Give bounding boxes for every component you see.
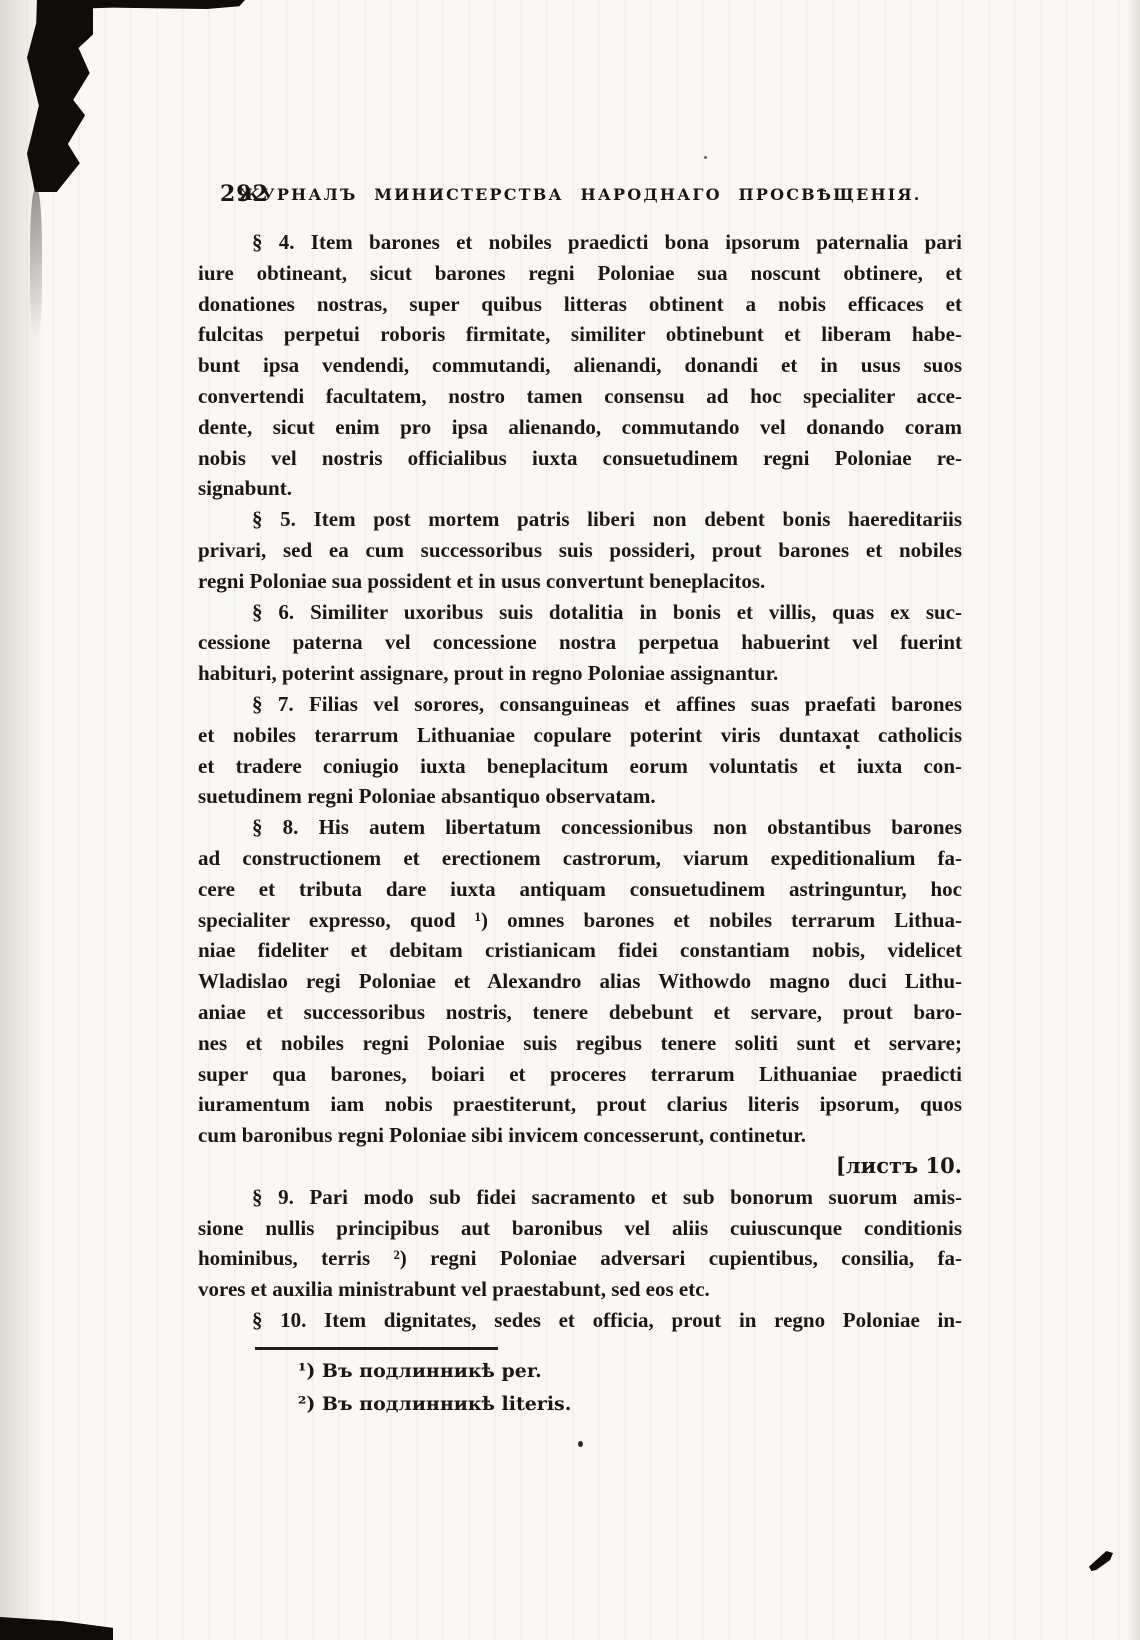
page-number: 292 — [220, 181, 269, 207]
scan-artifact-bottom-right — [1089, 1551, 1113, 1571]
paragraph-10: § 10. Item dignitates, sedes et officia,… — [198, 1305, 962, 1336]
text-line: et nobiles terarrum Lithuaniae copulare … — [198, 720, 962, 751]
text-line: convertendi facultatem, nostro tamen con… — [198, 381, 962, 412]
scan-edge-right — [1126, 0, 1140, 1640]
text-line: § 5. Item post mortem patris liberi non … — [198, 504, 962, 535]
paragraph-9: § 9. Pari modo sub fidei sacramento et s… — [198, 1182, 962, 1305]
text-line: signabunt. — [198, 473, 962, 504]
text-line: § 6. Similiter uxoribus suis dotalitia i… — [198, 597, 962, 628]
scan-speck — [578, 1441, 583, 1447]
text-line: § 9. Pari modo sub fidei sacramento et s… — [198, 1182, 962, 1213]
footnote-2: ²) Въ подлинникѣ literis. — [198, 1388, 962, 1421]
text-line: § 7. Filias vel sorores, consanguineas e… — [198, 689, 962, 720]
journal-title: ЖУРНАЛЪ МИНИСТЕРСТВА НАРОДНАГО ПРОСВѢЩЕН… — [198, 181, 962, 204]
text-line: Wladislao regi Poloniae et Alexandro ali… — [198, 966, 962, 997]
text-line: fulcitas perpetui roboris firmitate, sim… — [198, 319, 962, 350]
text-line: § 4. Item barones et nobiles praedicti b… — [198, 227, 962, 258]
text-line: aniae et successoribus nostris, tenere d… — [198, 997, 962, 1028]
text-line: suetudinem regni Poloniae absantiquo obs… — [198, 781, 962, 812]
text-line: § 8. His autem libertatum concessionibus… — [198, 812, 962, 843]
text-line: super qua barones, boiari et proceres te… — [198, 1059, 962, 1090]
text-line: cessione paterna vel concessione nostra … — [198, 627, 962, 658]
text-line: hominibus, terris ²) regni Poloniae adve… — [198, 1243, 962, 1274]
footnote-1: ¹) Въ подлинникѣ per. — [198, 1355, 962, 1388]
folio-marker: [листъ 10. — [198, 1151, 962, 1182]
text-line: specialiter expresso, quod ¹) omnes baro… — [198, 905, 962, 936]
scan-artifact-left-smear — [30, 190, 42, 340]
text-line: dente, sicut enim pro ipsa alienando, co… — [198, 412, 962, 443]
text-line: nes et nobiles regni Poloniae suis regib… — [198, 1028, 962, 1059]
text-line: iure obtineant, sicut barones regni Polo… — [198, 258, 962, 289]
text-line: habituri, poterint assignare, prout in r… — [198, 658, 962, 689]
paragraph-5: § 5. Item post mortem patris liberi non … — [198, 504, 962, 596]
paragraph-8: § 8. His autem libertatum concessionibus… — [198, 812, 962, 1151]
text-line: nobis vel nostris officialibus iuxta con… — [198, 443, 962, 474]
paragraph-7: § 7. Filias vel sorores, consanguineas e… — [198, 689, 962, 812]
text-line: privari, sed ea cum successoribus suis p… — [198, 535, 962, 566]
footnote-separator — [255, 1347, 498, 1350]
text-line: donationes nostras, super quibus littera… — [198, 289, 962, 320]
text-line: bunt ipsa vendendi, commutandi, alienand… — [198, 350, 962, 381]
text-line: iuramentum iam nobis praestiterunt, prou… — [198, 1089, 962, 1120]
text-line: niae fideliter et debitam cristianicam f… — [198, 935, 962, 966]
scan-artifact-top-left — [27, 0, 93, 192]
text-line: cere et tributa dare iuxta antiquam cons… — [198, 874, 962, 905]
text-line: vores et auxilia ministrabunt vel praest… — [198, 1274, 962, 1305]
scan-speck — [704, 156, 707, 159]
text-line: § 10. Item dignitates, sedes et officia,… — [198, 1305, 962, 1336]
text-line: cum baronibus regni Poloniae sibi invice… — [198, 1120, 962, 1151]
paragraph-4: § 4. Item barones et nobiles praedicti b… — [198, 227, 962, 504]
text-line: et tradere coniugio iuxta beneplacitum e… — [198, 751, 962, 782]
text-line: sione nullis principibus aut baronibus v… — [198, 1213, 962, 1244]
text-line: ad constructionem et erectionem castroru… — [198, 843, 962, 874]
scanned-page: 292 ЖУРНАЛЪ МИНИСТЕРСТВА НАРОДНАГО ПРОСВ… — [0, 0, 1140, 1640]
running-head: 292 ЖУРНАЛЪ МИНИСТЕРСТВА НАРОДНАГО ПРОСВ… — [198, 181, 962, 209]
page-body: § 4. Item barones et nobiles praedicti b… — [198, 227, 962, 1421]
paragraph-6: § 6. Similiter uxoribus suis dotalitia i… — [198, 597, 962, 689]
text-line: regni Poloniae sua possident et in usus … — [198, 566, 962, 597]
